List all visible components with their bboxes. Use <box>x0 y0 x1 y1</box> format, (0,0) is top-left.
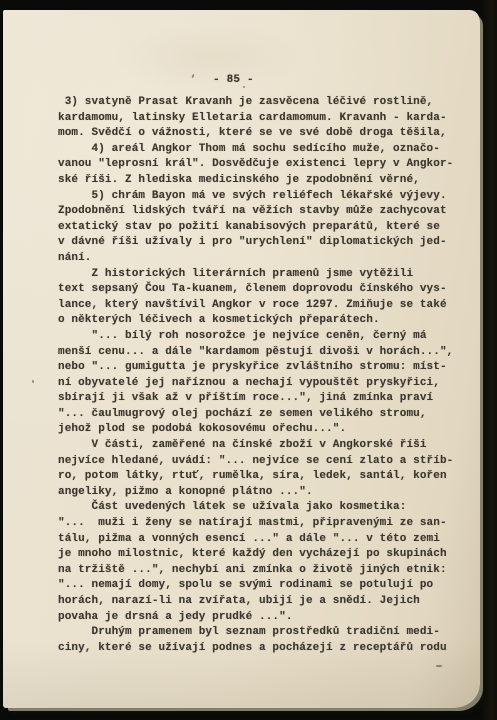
page-body-text: 3) svatyně Prasat Kravanh je zasvěcena l… <box>58 95 453 656</box>
paper-stain <box>113 22 303 92</box>
book-page: - 85 - 3) svatyně Prasat Kravanh je zasv… <box>3 10 480 708</box>
paper-speck <box>436 665 442 667</box>
paper-speck <box>243 86 245 88</box>
book-spine-shadow <box>481 0 497 720</box>
page-number: - 85 - <box>213 72 254 88</box>
paper-speck <box>32 380 35 383</box>
scanned-book-photo: - 85 - 3) svatyně Prasat Kravanh je zasv… <box>0 0 497 720</box>
